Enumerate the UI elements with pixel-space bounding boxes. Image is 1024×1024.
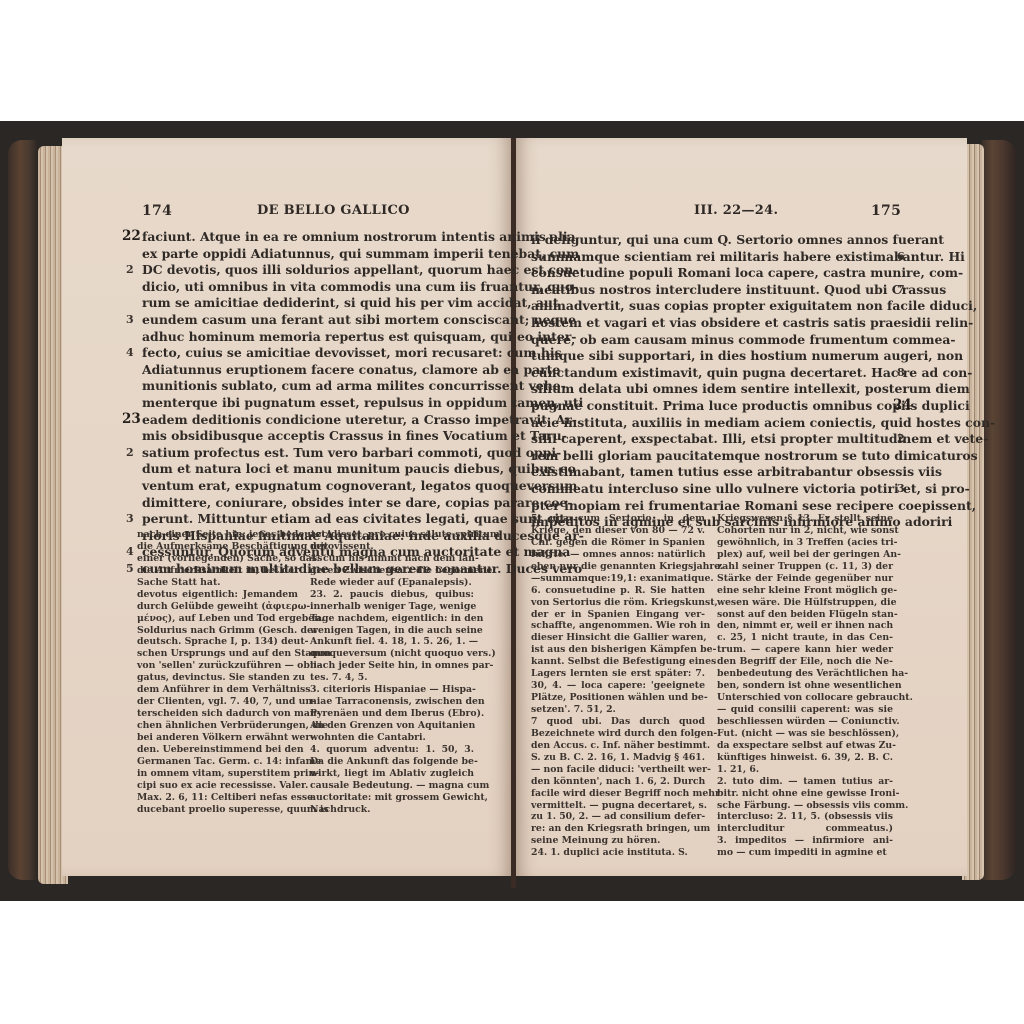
text-line: von Sertorius die röm. Kriegskunst,: [531, 597, 705, 609]
text-line: sonst auf den beiden Flügeln stan-: [717, 609, 893, 621]
text-line: trum. — capere kann hier weder: [717, 644, 893, 656]
text-line: pugnae constituit. Prima luce productis …: [531, 398, 884, 415]
text-line: re: an den Kriegsrath bringen, um: [531, 823, 705, 835]
text-line: intercluditur commeatus.): [717, 823, 893, 835]
text-line: eben nur die genannten Kriegsjahre.: [531, 561, 705, 573]
text-line: den könnten', nach 1. 6, 2. Durch: [531, 776, 705, 788]
text-line: intercluso: 2. 11, 5. (obsessis viis: [717, 811, 893, 823]
text-line: Max. 2. 6, 11: Celtiberi nefas esse: [137, 792, 298, 804]
line-number: 4: [126, 346, 134, 359]
left-notes-column-1: nach einer Seite hin; jenes bedeutetdie …: [137, 529, 298, 816]
text-line: Unterschied von collocare gebraucht.: [717, 692, 893, 704]
line-number: 3: [126, 512, 134, 525]
text-line: quere, ob eam causam minus commode frume…: [531, 332, 884, 349]
text-line: nach jeder Seite hin, in omnes par-: [310, 660, 474, 672]
text-line: animadvertit, suas copias propter exigui…: [531, 298, 884, 315]
text-line: DC devotis, quos illi soldurios appellan…: [142, 262, 494, 279]
text-line: satium profectus est. Tum vero barbari c…: [142, 445, 494, 462]
text-line: commeatu intercluso sine ullo vulnere vi…: [531, 481, 884, 498]
text-line: wohnten die Cantabri.: [310, 732, 474, 744]
text-line: rem belli gloriam paucitatemque nostroru…: [531, 448, 884, 465]
text-line: zu 1. 50, 2. — ad consilium defer-: [531, 811, 705, 823]
text-line: Lagers lernten sie erst später: 7.: [531, 668, 705, 680]
text-line: 1. 21, 6.: [717, 764, 893, 776]
right-notes-column-1: 5. una cum Sertorio, in demKriege, den d…: [531, 513, 705, 859]
right-running-head: III. 22—24.: [694, 203, 778, 218]
text-line: 7 quod ubi. Das durch quod: [531, 716, 705, 728]
text-line: die Aufmerksamkeit in, bei der: [137, 565, 298, 577]
text-line: dicio, uti omnibus in vita commodis una …: [142, 279, 494, 296]
text-line: ii deliguntur, qui una cum Q. Sertorio o…: [531, 232, 884, 249]
text-line: Stärke der Feinde gegenüber nur: [717, 573, 893, 585]
text-line: terscheiden sich dadurch von man-: [137, 708, 298, 720]
text-line: causale Bedeutung. — magna cum: [310, 780, 474, 792]
text-line: pter inopiam rei frumentariae Romani ses…: [531, 498, 884, 515]
line-number: 6: [897, 250, 905, 263]
text-line: — quid consilii caperent: was sie: [717, 704, 893, 716]
text-line: der er in Spanien Eingang ver-: [531, 609, 705, 621]
text-line: eundem casum una ferant aut sibi mortem …: [142, 312, 494, 329]
text-line: die Aufmerksame Beschäftigung mit: [137, 541, 298, 553]
text-line: facile wird dieser Begriff noch mehr: [531, 788, 705, 800]
text-line: — non facile diduci: 'vertheilt wer-: [531, 764, 705, 776]
text-line: den Accus. c. Inf. näher bestimmt.: [531, 740, 705, 752]
right-notes-column-2: Kriegswesen § 13. Er stellt seineCohorte…: [717, 513, 893, 859]
line-number: 3: [126, 313, 134, 326]
text-line: führte. — omnes annos: natürlich: [531, 549, 705, 561]
text-line: geren Zwischensatz die begonnene: [310, 565, 474, 577]
text-line: perunt. Mittuntur etiam ad eas civitates…: [142, 511, 494, 528]
text-line: 24. 1. duplici acie instituta. S.: [531, 847, 705, 859]
text-line: dum et natura loci et manu munitum pauci…: [142, 461, 494, 478]
text-line: dieser Hinsicht die Gallier waren,: [531, 632, 705, 644]
text-line: 6. consuetudine p. R. Sie hatten: [531, 585, 705, 597]
text-line: den. Uebereinstimmend bei den: [137, 744, 298, 756]
left-notes-column-2: accidisset, pro cuius salute spiritumdev…: [310, 529, 474, 816]
text-line: wenigen Tagen, in die auch seine: [310, 625, 474, 637]
text-line: Rede wieder auf (Epanalepsis).: [310, 577, 474, 589]
text-line: sche Färbung. — obsessis viis comm.: [717, 800, 893, 812]
left-running-head: DE BELLO GALLICO: [257, 203, 410, 218]
text-line: rum se amicitiae dediderint, si quid his…: [142, 295, 494, 312]
text-line: summamque scientiam rei militaris habere…: [531, 249, 884, 266]
text-line: acie instituta, auxiliis in mediam aciem…: [531, 415, 884, 432]
line-number: 2: [897, 432, 905, 445]
book-spine-left-edge: [8, 140, 38, 880]
line-number: 5: [126, 562, 134, 575]
text-line: 23. 2. paucis diebus, quibus:: [310, 589, 474, 601]
text-line: devovissent.: [310, 541, 474, 553]
text-line: dimittere, coniurare, obsides inter se d…: [142, 495, 494, 512]
text-line: S. zu B. C. 2. 16, 1. Madvig § 461.: [531, 752, 705, 764]
text-line: Ankunft fiel. 4. 18, 1. 5. 26, 1. —: [310, 636, 474, 648]
text-line: 4. quorum adventu: 1. 50, 3.: [310, 744, 474, 756]
text-line: auctoritate: mit grossem Gewicht,: [310, 792, 474, 804]
text-line: 2. tuto dim. — tamen tutius ar-: [717, 776, 893, 788]
text-line: meatibus nostros intercludere instituunt…: [531, 282, 884, 299]
text-line: wirkt, liegt im Ablativ zugleich: [310, 768, 474, 780]
text-line: ventum erat, expugnatum cognoverant, leg…: [142, 478, 494, 495]
text-line: vermittelt. — pugna decertaret, s.: [531, 800, 705, 812]
text-line: An den Grenzen von Aquitanien: [310, 720, 474, 732]
text-line: fecto, cuius se amicitiae devovisset, mo…: [142, 345, 494, 362]
text-line: μένος), auf Leben und Tod ergeben.: [137, 613, 298, 625]
text-line: von 'sellen' zurückzuführen — obli-: [137, 660, 298, 672]
text-line: 5. una cum Sertorio, in dem: [531, 513, 705, 525]
text-line: innerhalb weniger Tage, wenige: [310, 601, 474, 613]
text-line: wesen wäre. Die Hülfstruppen, die: [717, 597, 893, 609]
book-cover-right-edge: [982, 140, 1016, 880]
text-line: mo — cum impediti in agmine et: [717, 847, 893, 859]
text-line: bitr. nicht ohne eine gewisse Ironi-: [717, 788, 893, 800]
text-line: zahl seiner Truppen (c. 11, 3) der: [717, 561, 893, 573]
line-number: 7: [897, 283, 905, 296]
line-number: 4: [126, 545, 134, 558]
text-line: Plätze, Positionen wählen und be-: [531, 692, 705, 704]
text-line: schaffte, angenommen. Wie roh in: [531, 620, 705, 632]
text-line: 3. citerioris Hispaniae — Hispa-: [310, 684, 474, 696]
text-line: ex parte oppidi Adiatunnus, qui summam i…: [142, 246, 494, 263]
text-line: ist aus den bisherigen Kämpfen be-: [531, 644, 705, 656]
text-line: kannt. Selbst die Befestigung eines: [531, 656, 705, 668]
text-line: tumque sibi supportari, in dies hostium …: [531, 348, 884, 365]
right-main-text: ii deliguntur, qui una cum Q. Sertorio o…: [531, 232, 884, 531]
text-line: cipi suo ex acie recessisse. Valer.: [137, 780, 298, 792]
text-line: —summamque:19,1: exanimatique.: [531, 573, 705, 585]
text-line: setzen'. 7. 51, 2.: [531, 704, 705, 716]
text-line: da exspectare selbst auf etwas Zu-: [717, 740, 893, 752]
text-line: Pyrenäen und dem Iberus (Ebro).: [310, 708, 474, 720]
text-line: gewöhnlich, in 3 Treffen (acies tri-: [717, 537, 893, 549]
text-line: ducebant proelio superesse, quum is: [137, 804, 298, 816]
text-line: devotus eigentlich: Jemandem: [137, 589, 298, 601]
text-line: menterque ibi pugnatum esset, repulsus i…: [142, 395, 494, 412]
text-line: ben, sondern ist ohne wesentlichen: [717, 680, 893, 692]
text-line: quoqueversum (nicht quoquo vers.): [310, 648, 474, 660]
section-number: 22: [122, 228, 141, 244]
text-line: beschliessen würden — Coniunctiv.: [717, 716, 893, 728]
text-line: 4. cum his nimmt nach dem län-: [310, 553, 474, 565]
text-line: tes. 7. 4, 5.: [310, 672, 474, 684]
text-line: consuetudine populi Romani loca capere, …: [531, 265, 884, 282]
section-number: 24: [893, 397, 912, 413]
text-line: Soldurius nach Grimm (Gesch. der: [137, 625, 298, 637]
text-line: eine sehr kleine Front möglich ge-: [717, 585, 893, 597]
text-line: schen Ursprungs und auf den Stamm: [137, 648, 298, 660]
text-line: Cohorten nur in 2, nicht, wie sonst: [717, 525, 893, 537]
line-number: 2: [126, 263, 134, 276]
text-line: künftiges hinweist. 6. 39, 2. B. C.: [717, 752, 893, 764]
text-line: den, nimmt er, weil er ihnen nach: [717, 620, 893, 632]
text-line: munitionis sublato, cum ad arma milites …: [142, 378, 494, 395]
text-line: faciunt. Atque in ea re omnium nostrorum…: [142, 229, 494, 246]
text-line: gatus, devinctus. Sie standen zu: [137, 672, 298, 684]
left-page-number: 174: [142, 203, 172, 219]
text-line: plex) auf, weil bei der geringen An-: [717, 549, 893, 561]
text-line: bei anderen Völkern erwähnt wer-: [137, 732, 298, 744]
left-main-text: faciunt. Atque in ea re omnium nostrorum…: [142, 229, 494, 577]
text-line: eadem deditionis condicione uteretur, a …: [142, 412, 494, 429]
text-line: dem Anführer in dem Verhältniss: [137, 684, 298, 696]
text-line: seine Meinung zu hören.: [531, 835, 705, 847]
text-line: 3. impeditos — infirmiore ani-: [717, 835, 893, 847]
text-line: c. 25, 1 nicht traute, in das Cen-: [717, 632, 893, 644]
line-number: 2: [126, 446, 134, 459]
text-line: existimabant, tamen tutius esse arbitrab…: [531, 464, 884, 481]
text-line: deutsch. Sprache I, p. 134) deut-: [137, 636, 298, 648]
text-line: nach einer Seite hin; jenes bedeutet: [137, 529, 298, 541]
text-line: Kriege, den dieser von 80 — 72 v.: [531, 525, 705, 537]
line-number: 8: [897, 366, 905, 379]
text-line: den Begriff der Eile, noch die Ne-: [717, 656, 893, 668]
text-line: Da die Ankunft das folgende be-: [310, 756, 474, 768]
text-line: einer (vorliegenden) Sache, so dass: [137, 553, 298, 565]
text-line: 30, 4. — loca capere: 'geeignete: [531, 680, 705, 692]
text-line: Adiatunnus eruptionem facere conatus, cl…: [142, 362, 494, 379]
text-line: niae Tarraconensis, zwischen den: [310, 696, 474, 708]
text-line: accidisset, pro cuius salute spiritum: [310, 529, 474, 541]
text-line: der Clienten, vgl. 7. 40, 7, und un-: [137, 696, 298, 708]
text-line: Germanen Tac. Germ. c. 14: infame: [137, 756, 298, 768]
text-line: silium delata ubi omnes idem sentire int…: [531, 381, 884, 398]
text-line: hostem et vagari et vias obsidere et cas…: [531, 315, 884, 332]
text-line: Tage nachdem, eigentlich: in den: [310, 613, 474, 625]
text-line: Sache Statt hat.: [137, 577, 298, 589]
right-page-number: 175: [871, 203, 901, 219]
text-line: in omnem vitam, superstitem prin-: [137, 768, 298, 780]
text-line: mis obsidibusque acceptis Crassus in fin…: [142, 428, 494, 445]
text-line: adhuc hominum memoria repertus est quisq…: [142, 329, 494, 346]
text-line: Nachdruck.: [310, 804, 474, 816]
text-line: durch Gelübde geweiht (ἀφιερω-: [137, 601, 298, 613]
text-line: chen ähnlichen Verbrüderungen, die: [137, 720, 298, 732]
text-line: Kriegswesen § 13. Er stellt seine: [717, 513, 893, 525]
text-line: Chr. gegen die Römer in Spanien: [531, 537, 705, 549]
text-line: silii caperent, exspectabat. Illi, etsi …: [531, 431, 884, 448]
section-number: 23: [122, 411, 141, 427]
text-line: Fut. (nicht — was sie beschlössen),: [717, 728, 893, 740]
text-line: Bezeichnete wird durch den folgen-: [531, 728, 705, 740]
text-line: benbedeutung des Verächtlichen ha-: [717, 668, 893, 680]
text-line: cunctandum existimavit, quin pugna decer…: [531, 365, 884, 382]
line-number: 3: [897, 482, 905, 495]
